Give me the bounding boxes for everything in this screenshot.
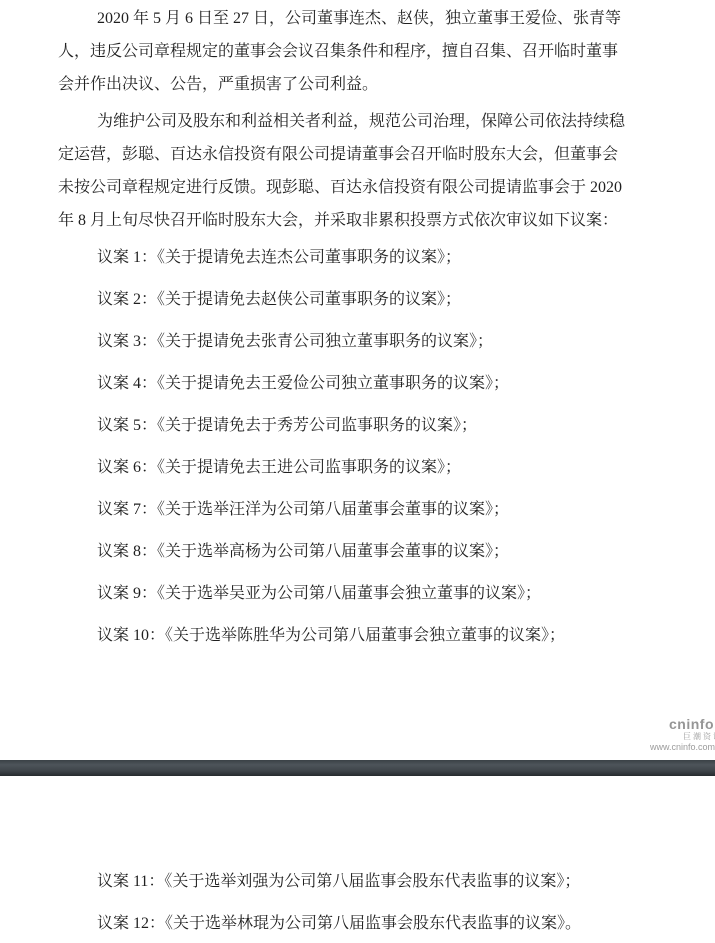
proposal-item: 议案 5：《关于提请免去于秀芳公司监事职务的议案》； xyxy=(97,409,657,442)
cninfo-url-text: www.cninfo.com xyxy=(650,742,715,752)
cninfo-chinese-text: 巨潮资讯 xyxy=(683,732,715,741)
proposal-item: 议案 4：《关于提请免去王爱俭公司独立董事职务的议案》； xyxy=(97,367,657,400)
document-page-2: 议案 11：《关于选举刘强为公司第八届监事会股东代表监事的议案》；议案 12：《… xyxy=(0,776,715,943)
paragraph-line: 未按公司章程规定进行反馈。现彭聪、百达永信投资有限公司提请监事会于 2020 xyxy=(58,171,657,204)
proposal-item: 议案 10：《关于选举陈胜华为公司第八届董事会独立董事的议案》； xyxy=(97,619,657,652)
paragraph-line: 为维护公司及股东和利益相关者利益，规范公司治理，保障公司依法持续稳 xyxy=(58,105,657,138)
proposal-item: 议案 3：《关于提请免去张青公司独立董事职务的议案》； xyxy=(97,325,657,358)
paragraph-line: 定运营，彭聪、百达永信投资有限公司提请董事会召开临时股东大会，但董事会 xyxy=(58,138,657,171)
cninfo-logo-text: cninfo xyxy=(669,718,715,731)
cninfo-watermark: cninfo 巨潮资讯 www.cninfo.com xyxy=(650,718,715,752)
proposal-item: 议案 9：《关于选举吴亚为公司第八届董事会独立董事的议案》； xyxy=(97,577,657,610)
paragraph-1: 2020 年 5 月 6 日至 27 日，公司董事连杰、赵侠，独立董事王爱俭、张… xyxy=(58,2,657,101)
proposal-item: 议案 6：《关于提请免去王进公司监事职务的议案》； xyxy=(97,451,657,484)
proposal-item: 议案 1：《关于提请免去连杰公司董事职务的议案》； xyxy=(97,241,657,274)
proposal-list-page-1: 议案 1：《关于提请免去连杰公司董事职务的议案》；议案 2：《关于提请免去赵侠公… xyxy=(58,241,657,652)
paragraph-line: 2020 年 5 月 6 日至 27 日，公司董事连杰、赵侠，独立董事王爱俭、张… xyxy=(58,2,657,35)
proposal-item: 议案 7：《关于选举汪洋为公司第八届董事会董事的议案》； xyxy=(97,493,657,526)
proposal-item: 议案 8：《关于选举高杨为公司第八届董事会董事的议案》； xyxy=(97,535,657,568)
paragraph-2: 为维护公司及股东和利益相关者利益，规范公司治理，保障公司依法持续稳定运营，彭聪、… xyxy=(58,105,657,237)
proposal-list-page-2: 议案 11：《关于选举刘强为公司第八届监事会股东代表监事的议案》；议案 12：《… xyxy=(58,865,657,940)
document-viewport: { "page1": { "paragraphs": [ { "lines": … xyxy=(0,0,715,943)
page-separator-bar xyxy=(0,760,715,776)
proposal-item: 议案 11：《关于选举刘强为公司第八届监事会股东代表监事的议案》； xyxy=(97,865,657,898)
proposal-item: 议案 2：《关于提请免去赵侠公司董事职务的议案》； xyxy=(97,283,657,316)
proposal-item: 议案 12：《关于选举林琨为公司第八届监事会股东代表监事的议案》。 xyxy=(97,907,657,940)
paragraph-line: 人，违反公司章程规定的董事会会议召集条件和程序，擅自召集、召开临时董事 xyxy=(58,35,657,68)
paragraph-line: 会并作出决议、公告，严重损害了公司利益。 xyxy=(58,68,657,101)
document-page-1: 2020 年 5 月 6 日至 27 日，公司董事连杰、赵侠，独立董事王爱俭、张… xyxy=(0,0,715,760)
paragraph-line: 年 8 月上旬尽快召开临时股东大会，并采取非累积投票方式依次审议如下议案： xyxy=(58,204,657,237)
